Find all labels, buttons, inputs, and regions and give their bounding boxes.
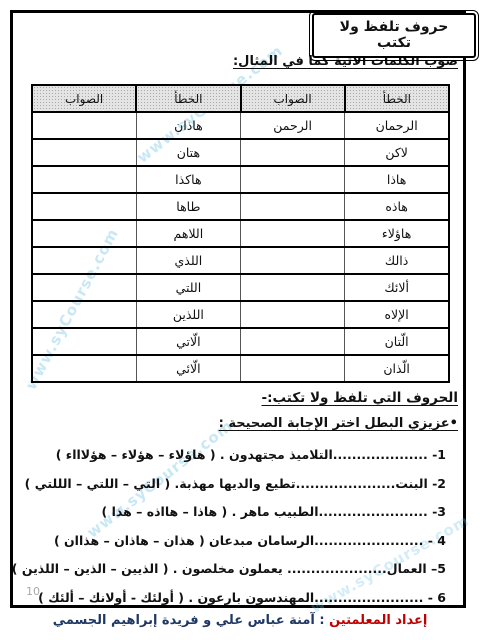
footer-names: : آمنة عباس علي و فريدة إبراهيم الجسمي xyxy=(53,613,329,628)
error-word-cell: الّائي xyxy=(136,355,240,382)
answer-cell xyxy=(32,301,136,328)
answer-cell: الرحمن xyxy=(241,112,345,139)
answer-cell xyxy=(32,112,136,139)
question-4: 4 - .......................الرسامان مبدع… xyxy=(16,527,446,556)
table-row: هاؤلاء اللاهم xyxy=(32,220,449,247)
answer-cell xyxy=(241,220,345,247)
error-word-cell: ألائك xyxy=(345,274,449,301)
header-correct-cell: الصواب xyxy=(32,85,136,112)
answer-cell xyxy=(32,166,136,193)
answer-cell xyxy=(241,355,345,382)
answer-cell xyxy=(32,274,136,301)
footer-label: إعداد المعلمتين xyxy=(329,613,427,628)
worksheet-page: { "page": { "title": "حروف تلفظ ولا تكتب… xyxy=(0,0,480,640)
question-3: 3- .......................الطبيب ماهر . … xyxy=(16,498,446,527)
questions-list: 1- ....................التلاميذ مجتهدون … xyxy=(16,441,446,612)
answer-cell xyxy=(241,139,345,166)
header-correct-cell: الصواب xyxy=(241,85,345,112)
answer-cell xyxy=(32,139,136,166)
error-word-cell: لاكن xyxy=(345,139,449,166)
answer-cell xyxy=(241,247,345,274)
table-row: ذالك اللذي xyxy=(32,247,449,274)
question-2: 2- البنت.....................تطيع والديه… xyxy=(16,470,446,499)
error-word-cell: الإلاه xyxy=(345,301,449,328)
error-word-cell: الرحمان xyxy=(345,112,449,139)
error-word-cell: هتان xyxy=(136,139,240,166)
table-row: ألائك اللتي xyxy=(32,274,449,301)
question-5: 5– العمال..................... يعملون مخ… xyxy=(16,555,446,584)
page-title: حروف تلفظ ولا تكتب xyxy=(340,19,449,51)
table-row: هاذا هاكذا xyxy=(32,166,449,193)
answer-cell xyxy=(241,274,345,301)
error-word-cell: هاذا xyxy=(345,166,449,193)
error-word-cell: هاؤلاء xyxy=(345,220,449,247)
header-error-cell: الخطأ xyxy=(345,85,449,112)
error-word-cell: الّتان xyxy=(345,328,449,355)
error-word-cell: الّاتي xyxy=(136,328,240,355)
footer-credit: إعداد المعلمتين : آمنة عباس علي و فريدة … xyxy=(0,613,480,628)
page-number: 10 xyxy=(26,585,40,598)
title-box: حروف تلفظ ولا تكتب xyxy=(312,13,476,58)
table-row: الّذان الّائي xyxy=(32,355,449,382)
answer-cell xyxy=(32,247,136,274)
answer-cell xyxy=(241,166,345,193)
answer-cell xyxy=(32,355,136,382)
error-word-cell: هاذه xyxy=(345,193,449,220)
error-word-cell: اللذين xyxy=(136,301,240,328)
answer-cell xyxy=(32,328,136,355)
table-row: الإلاه اللذين xyxy=(32,301,449,328)
error-word-cell: الّذان xyxy=(345,355,449,382)
error-word-cell: ذالك xyxy=(345,247,449,274)
table-row: لاكن هتان xyxy=(32,139,449,166)
answer-cell xyxy=(32,193,136,220)
answer-cell xyxy=(241,193,345,220)
correction-table: الخطأ الصواب الخطأ الصواب الرحمان الرحمن… xyxy=(31,84,450,383)
table-row: الّتان الّاتي xyxy=(32,328,449,355)
table-row: هاذه طاها xyxy=(32,193,449,220)
section-heading: الحروف التي تلفظ ولا تكتب:- xyxy=(262,390,458,406)
question-1: 1- ....................التلاميذ مجتهدون … xyxy=(16,441,446,470)
error-word-cell: هاذان xyxy=(136,112,240,139)
error-word-cell: اللاهم xyxy=(136,220,240,247)
header-error-cell: الخطأ xyxy=(136,85,240,112)
answer-cell xyxy=(32,220,136,247)
error-word-cell: اللذي xyxy=(136,247,240,274)
error-word-cell: اللتي xyxy=(136,274,240,301)
question-6: 6 - .......................المهندسون بار… xyxy=(16,584,446,613)
table-header-row: الخطأ الصواب الخطأ الصواب xyxy=(32,85,449,112)
table-row: الرحمان الرحمن هاذان xyxy=(32,112,449,139)
answer-cell xyxy=(241,328,345,355)
error-word-cell: طاها xyxy=(136,193,240,220)
instruction-line: •عزيزي البطل اختر الإجابة الصحيحة : xyxy=(219,416,458,431)
answer-cell xyxy=(241,301,345,328)
error-word-cell: هاكذا xyxy=(136,166,240,193)
